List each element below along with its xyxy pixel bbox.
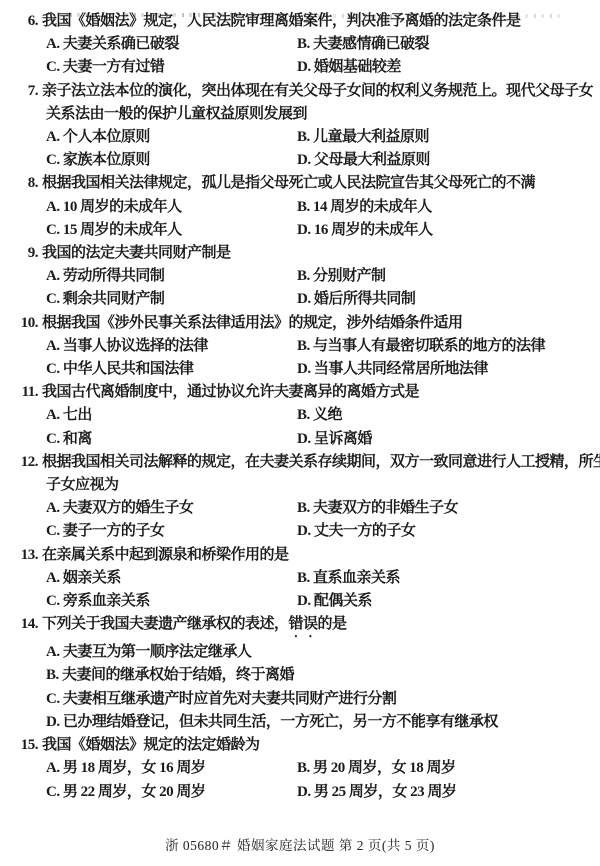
question-number: 12. — [0, 451, 42, 474]
option-c: C. 夫妻一方有过错 — [46, 56, 297, 79]
question-number: 14. — [0, 613, 42, 641]
option-a: A. 姻亲关系 — [46, 567, 297, 590]
question-stem: 根据我国相关司法解释的规定，在夫妻关系存续期间，双方一致同意进行人工授精，所生 — [42, 451, 600, 474]
option-c: C. 家族本位原则 — [46, 149, 297, 172]
option-b: B. 夫妻双方的非婚生子女 — [297, 497, 600, 520]
option-c: C. 15 周岁的未成年人 — [46, 219, 297, 242]
option-c: C. 夫妻相互继承遗产时应首先对夫妻共同财产进行分割 — [46, 688, 600, 711]
option-d: D. 男 25 周岁，女 23 周岁 — [297, 781, 600, 804]
options: A. 劳动所得共同制 B. 分别财产制 C. 剩余共同财产制 D. 婚后所得共同… — [46, 265, 600, 311]
option-d: D. 呈诉离婚 — [297, 428, 600, 451]
question-stem-continued: 关系法由一般的保护儿童权益原则发展到 — [46, 103, 600, 126]
question-13: 13. 在亲属关系中起到源泉和桥梁作用的是 A. 姻亲关系 B. 直系血亲关系 … — [0, 544, 600, 614]
option-a: A. 劳动所得共同制 — [46, 265, 297, 288]
option-a: A. 男 18 周岁，女 16 周岁 — [46, 757, 297, 780]
question-stem: 我国的法定夫妻共同财产制是 — [42, 242, 600, 265]
option-b: B. 14 周岁的未成年人 — [297, 196, 600, 219]
exam-page: 6. 我国《婚姻法》规定，人民法院审理离婚案件，判决准予离婚的法定条件是 A. … — [0, 10, 600, 804]
options: A. 10 周岁的未成年人 B. 14 周岁的未成年人 C. 15 周岁的未成年… — [46, 196, 600, 242]
option-a: A. 个人本位原则 — [46, 126, 297, 149]
option-c: C. 和离 — [46, 428, 297, 451]
option-c: C. 男 22 周岁，女 20 周岁 — [46, 781, 297, 804]
question-10: 10. 根据我国《涉外民事关系法律适用法》的规定，涉外结婚条件适用 A. 当事人… — [0, 312, 600, 382]
option-c: C. 中华人民共和国法律 — [46, 358, 297, 381]
option-d: D. 已办理结婚登记，但未共同生活，一方死亡，另一方不能享有继承权 — [46, 711, 600, 734]
options: A. 姻亲关系 B. 直系血亲关系 C. 旁系血亲关系 D. 配偶关系 — [46, 567, 600, 613]
question-stem: 根据我国相关法律规定，孤儿是指父母死亡或人民法院宣告其父母死亡的不满 — [42, 172, 600, 195]
option-a: A. 当事人协议选择的法律 — [46, 335, 297, 358]
stem-emphasized-text: 错误 — [289, 616, 318, 632]
options: A. 个人本位原则 B. 儿童最大利益原则 C. 家族本位原则 D. 父母最大利… — [46, 126, 600, 172]
question-number: 9. — [0, 242, 42, 265]
question-15: 15. 我国《婚姻法》规定的法定婚龄为 A. 男 18 周岁，女 16 周岁 B… — [0, 734, 600, 804]
option-b: B. 儿童最大利益原则 — [297, 126, 600, 149]
option-d: D. 婚后所得共同制 — [297, 288, 600, 311]
question-number: 13. — [0, 544, 42, 567]
option-b: B. 夫妻感情确已破裂 — [297, 33, 600, 56]
options: A. 夫妻关系确已破裂 B. 夫妻感情确已破裂 C. 夫妻一方有过错 D. 婚姻… — [46, 33, 600, 79]
question-stem: 亲子法立法本位的演化，突出体现在有关父母子女间的权利义务规范上。现代父母子女 — [42, 80, 600, 103]
option-b: B. 直系血亲关系 — [297, 567, 600, 590]
option-d: D. 配偶关系 — [297, 590, 600, 613]
question-7: 7. 亲子法立法本位的演化，突出体现在有关父母子女间的权利义务规范上。现代父母子… — [0, 80, 600, 173]
question-14: 14. 下列关于我国夫妻遗产继承权的表述，错误的是 A. 夫妻互为第一顺序法定继… — [0, 613, 600, 734]
stem-text: 的是 — [318, 616, 347, 632]
question-number: 7. — [0, 80, 42, 103]
question-stem: 下列关于我国夫妻遗产继承权的表述，错误的是 — [42, 613, 600, 641]
question-stem: 在亲属关系中起到源泉和桥梁作用的是 — [42, 544, 600, 567]
question-stem: 我国古代离婚制度中，通过协议允许夫妻离异的离婚方式是 — [42, 381, 600, 404]
option-b: B. 夫妻间的继承权始于结婚，终于离婚 — [46, 664, 600, 687]
question-number: 15. — [0, 734, 42, 757]
options: A. 男 18 周岁，女 16 周岁 B. 男 20 周岁，女 18 周岁 C.… — [46, 757, 600, 803]
options: A. 夫妻互为第一顺序法定继承人 B. 夫妻间的继承权始于结婚，终于离婚 C. … — [46, 641, 600, 734]
question-stem-continued: 子女应视为 — [46, 474, 600, 497]
options: A. 七出 B. 义绝 C. 和离 D. 呈诉离婚 — [46, 404, 600, 450]
question-number: 6. — [0, 10, 42, 33]
option-c: C. 旁系血亲关系 — [46, 590, 297, 613]
option-a: A. 夫妻双方的婚生子女 — [46, 497, 297, 520]
question-number: 11. — [0, 381, 42, 404]
option-c: C. 妻子一方的子女 — [46, 520, 297, 543]
option-d: D. 16 周岁的未成年人 — [297, 219, 600, 242]
question-6: 6. 我国《婚姻法》规定，人民法院审理离婚案件，判决准予离婚的法定条件是 A. … — [0, 10, 600, 80]
question-stem: 根据我国《涉外民事关系法律适用法》的规定，涉外结婚条件适用 — [42, 312, 600, 335]
options: A. 夫妻双方的婚生子女 B. 夫妻双方的非婚生子女 C. 妻子一方的子女 D.… — [46, 497, 600, 543]
option-b: B. 男 20 周岁，女 18 周岁 — [297, 757, 600, 780]
question-8: 8. 根据我国相关法律规定，孤儿是指父母死亡或人民法院宣告其父母死亡的不满 A.… — [0, 172, 600, 242]
option-b: B. 分别财产制 — [297, 265, 600, 288]
option-a: A. 七出 — [46, 404, 297, 427]
option-a: A. 夫妻关系确已破裂 — [46, 33, 297, 56]
question-12: 12. 根据我国相关司法解释的规定，在夫妻关系存续期间，双方一致同意进行人工授精… — [0, 451, 600, 544]
question-11: 11. 我国古代离婚制度中，通过协议允许夫妻离异的离婚方式是 A. 七出 B. … — [0, 381, 600, 451]
option-b: B. 与当事人有最密切联系的地方的法律 — [297, 335, 600, 358]
question-9: 9. 我国的法定夫妻共同财产制是 A. 劳动所得共同制 B. 分别财产制 C. … — [0, 242, 600, 312]
option-a: A. 夫妻互为第一顺序法定继承人 — [46, 641, 600, 664]
option-d: D. 父母最大利益原则 — [297, 149, 600, 172]
question-number: 8. — [0, 172, 42, 195]
question-stem: 我国《婚姻法》规定的法定婚龄为 — [42, 734, 600, 757]
question-stem: 我国《婚姻法》规定，人民法院审理离婚案件，判决准予离婚的法定条件是 — [42, 10, 600, 33]
option-d: D. 丈夫一方的子女 — [297, 520, 600, 543]
option-d: D. 婚姻基础较差 — [297, 56, 600, 79]
page-footer: 浙 05680＃ 婚姻家庭法试题 第 2 页(共 5 页) — [0, 834, 600, 854]
options: A. 当事人协议选择的法律 B. 与当事人有最密切联系的地方的法律 C. 中华人… — [46, 335, 600, 381]
option-d: D. 当事人共同经常居所地法律 — [297, 358, 600, 381]
stem-text: 下列关于我国夫妻遗产继承权的表述， — [42, 616, 289, 632]
option-c: C. 剩余共同财产制 — [46, 288, 297, 311]
option-a: A. 10 周岁的未成年人 — [46, 196, 297, 219]
option-b: B. 义绝 — [297, 404, 600, 427]
question-number: 10. — [0, 312, 42, 335]
